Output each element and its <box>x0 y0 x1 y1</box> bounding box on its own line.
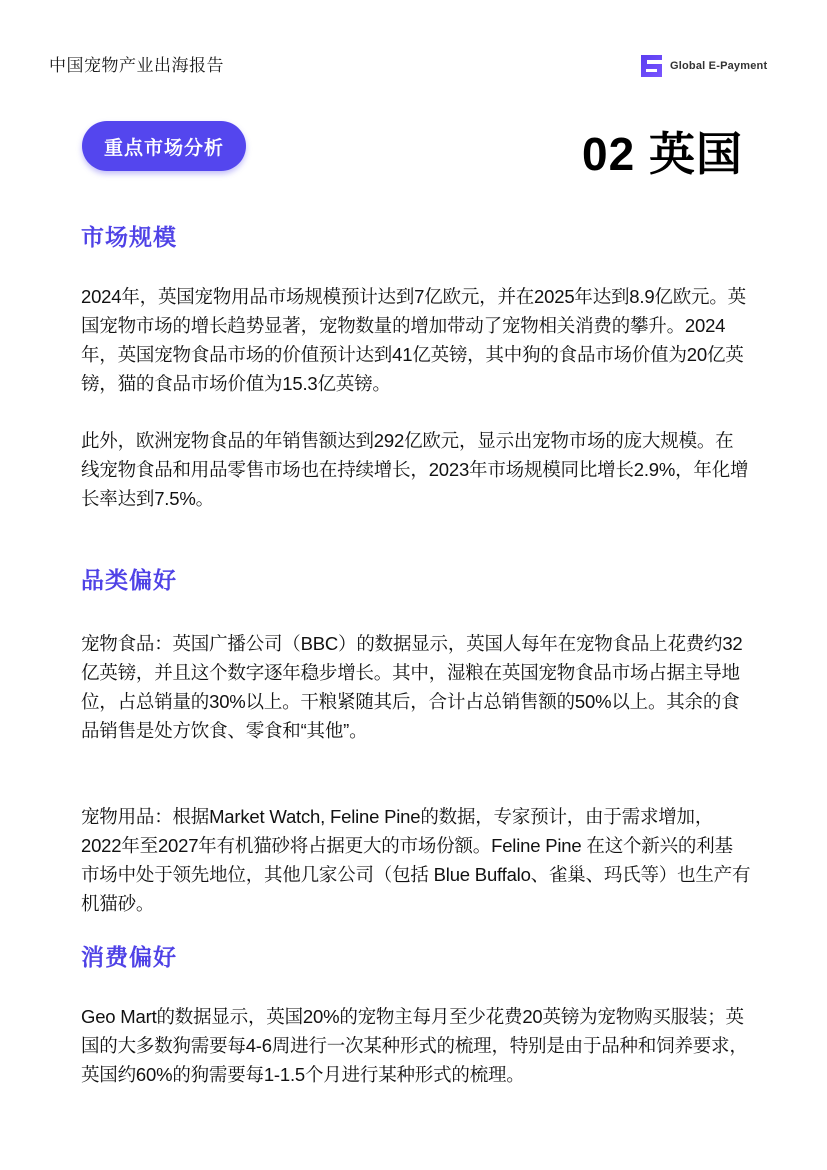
logo-text: Global E-Payment <box>670 60 767 72</box>
heading-market-size: 市场规模 <box>81 219 177 252</box>
paragraph: 2024年，英国宠物用品市场规模预计达到7亿欧元，并在2025年达到8.9亿欧元… <box>81 282 751 398</box>
heading-category-preference: 品类偏好 <box>81 562 177 595</box>
paragraph: Geo Mart的数据显示，英国20%的宠物主每月至少花费20英镑为宠物购买服装… <box>81 1002 751 1089</box>
brand-logo: Global E-Payment <box>638 53 767 79</box>
paragraph: 此外，欧洲宠物食品的年销售额达到292亿欧元，显示出宠物市场的庞大规模。在线宠物… <box>81 426 751 513</box>
section-pill: 重点市场分析 <box>82 121 246 171</box>
country-title: 02 英国 <box>582 118 743 184</box>
report-title: 中国宠物产业出海报告 <box>49 51 224 76</box>
heading-consumption-preference: 消费偏好 <box>81 939 177 972</box>
global-epayment-logo-icon <box>638 53 664 79</box>
paragraph: 宠物食品：英国广播公司（BBC）的数据显示，英国人每年在宠物食品上花费约32亿英… <box>81 629 751 745</box>
paragraph: 宠物用品：根据Market Watch, Feline Pine的数据，专家预计… <box>81 802 751 918</box>
